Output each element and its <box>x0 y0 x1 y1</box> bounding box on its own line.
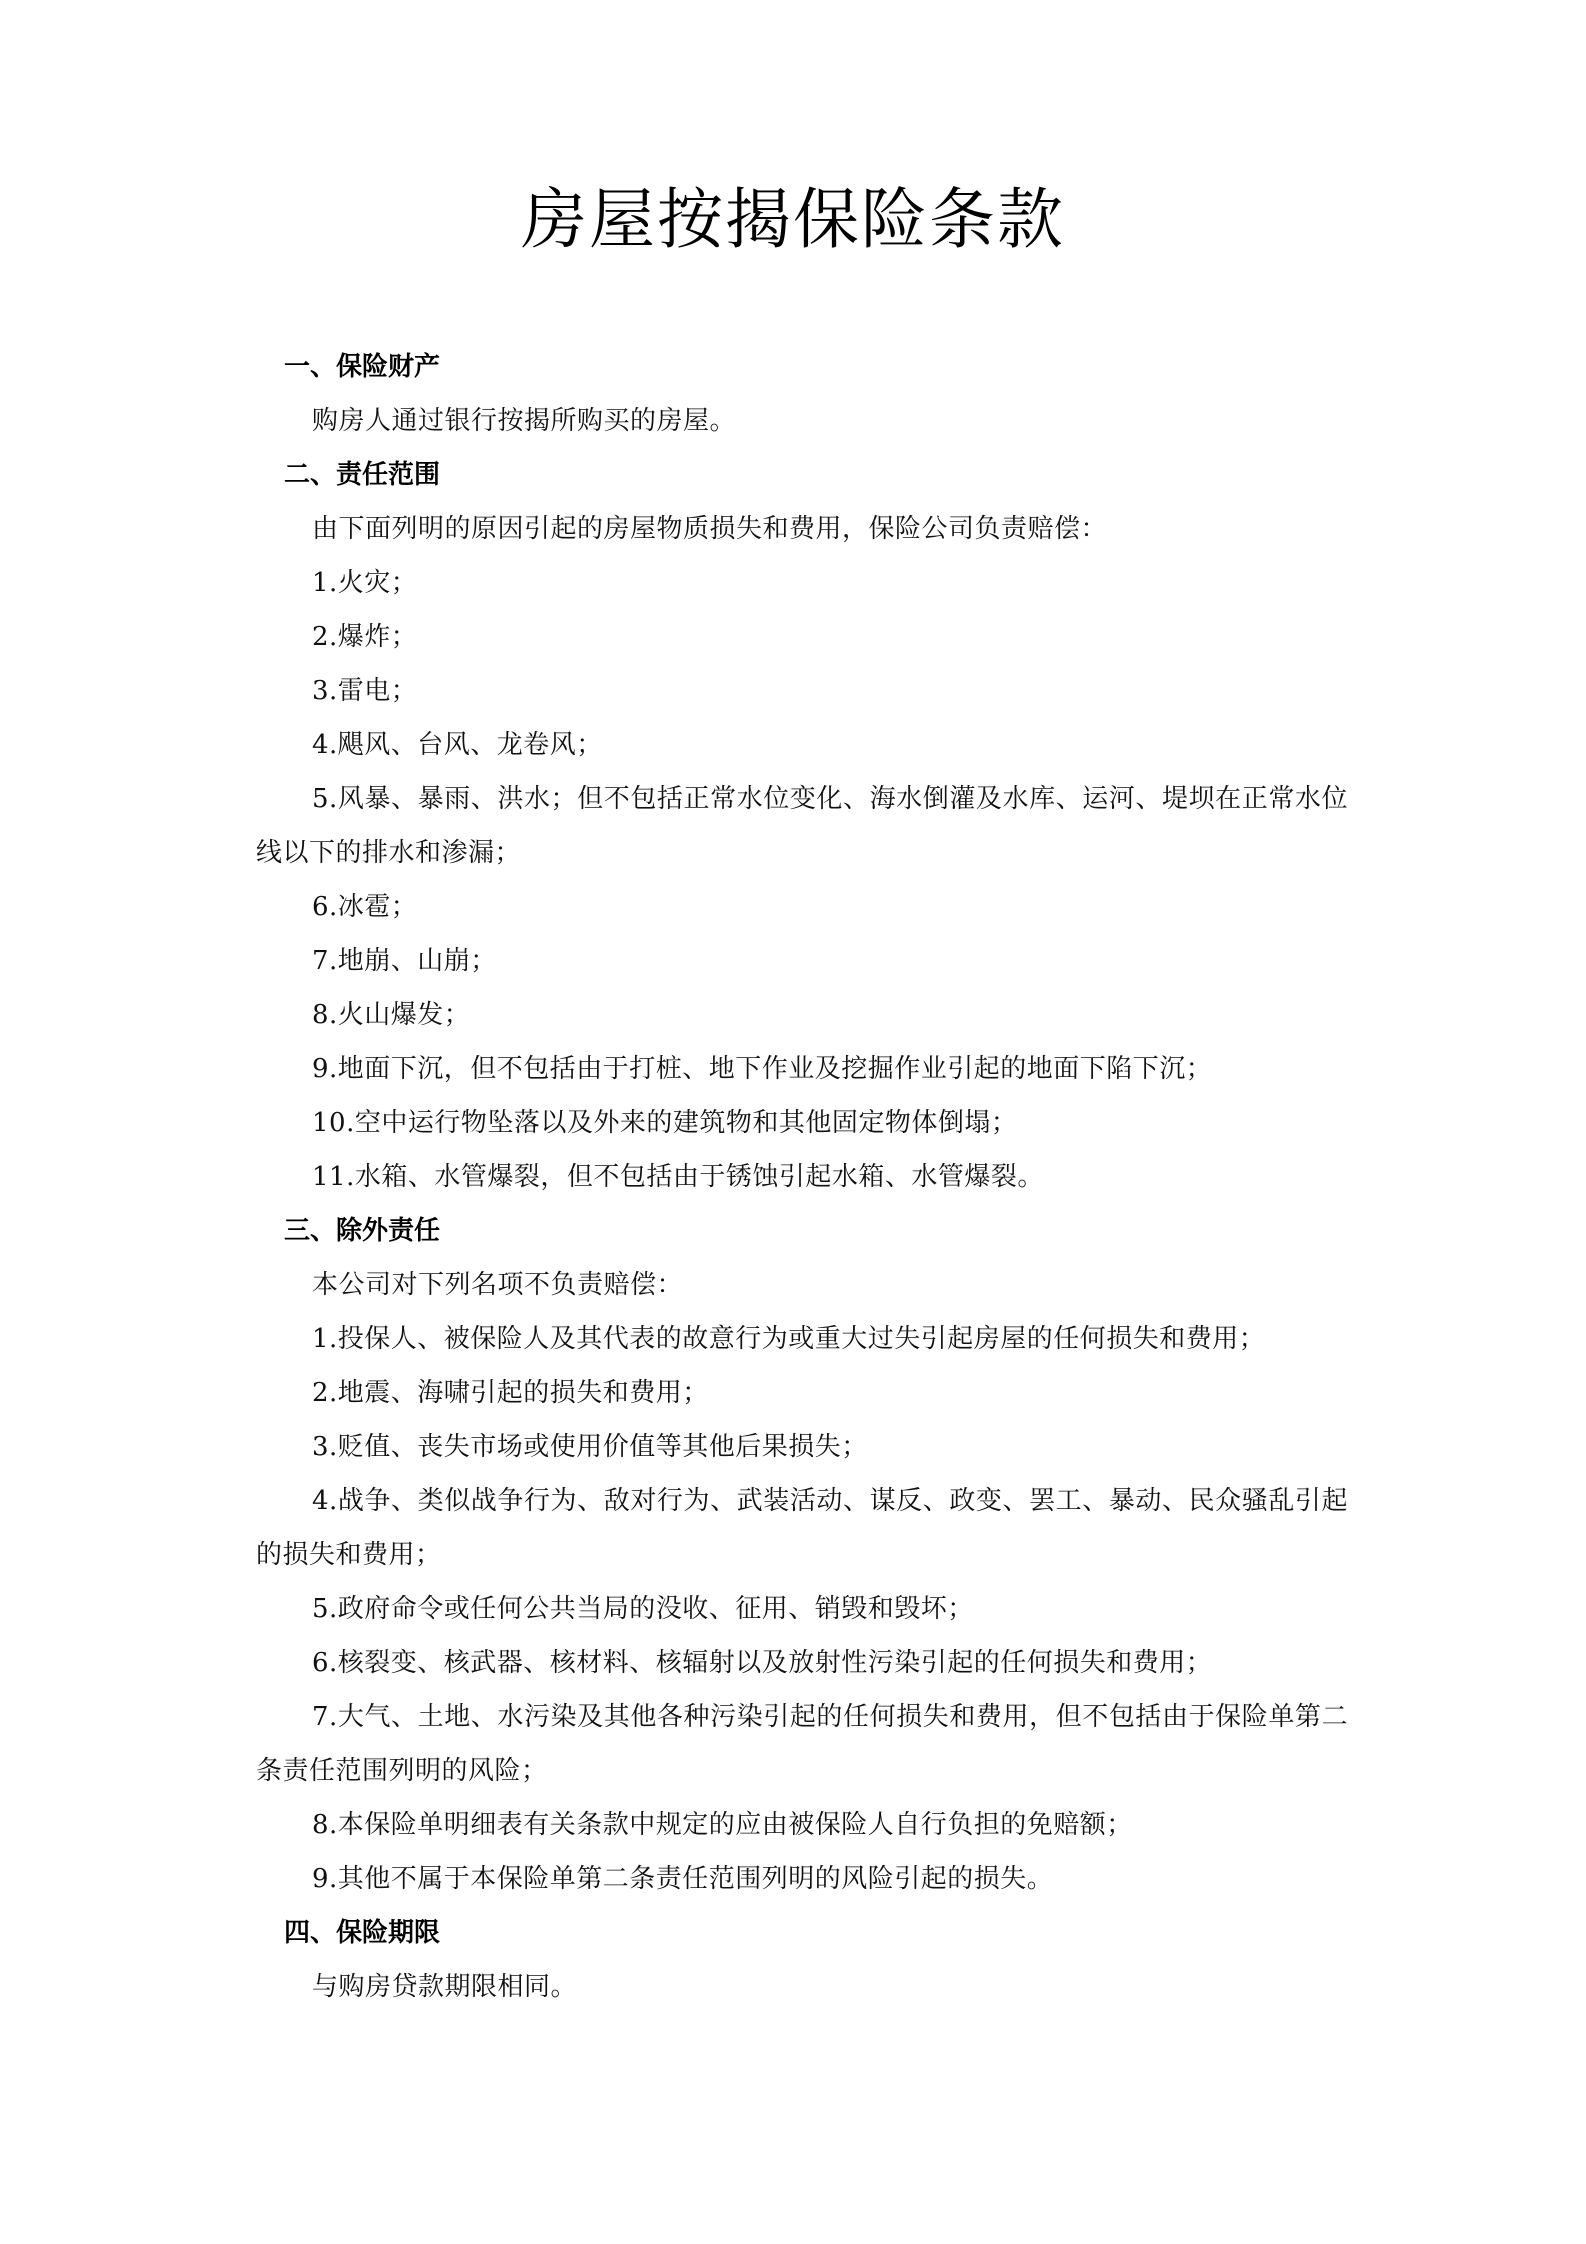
list-item: 8.本保险单明细表有关条款中规定的应由被保险人自行负担的免赔额； <box>256 1798 1348 1852</box>
list-item: 10.空中运行物坠落以及外来的建筑物和其他固定物体倒塌； <box>256 1096 1348 1150</box>
document-title: 房屋按揭保险条款 <box>0 180 1586 260</box>
list-item: 5.风暴、暴雨、洪水；但不包括正常水位变化、海水倒灌及水库、运河、堤坝在正常水位… <box>256 772 1348 880</box>
list-item: 3.雷电； <box>256 664 1348 718</box>
list-item: 4.飓风、台风、龙卷风； <box>256 718 1348 772</box>
list-item: 7.大气、土地、水污染及其他各种污染引起的任何损失和费用，但不包括由于保险单第二… <box>256 1690 1348 1798</box>
list-item: 3.贬值、丧失市场或使用价值等其他后果损失； <box>256 1420 1348 1474</box>
list-item: 7.地崩、山崩； <box>256 934 1348 988</box>
section-heading: 一、保险财产 <box>256 340 1348 394</box>
section-insurance-period: 四、保险期限 与购房贷款期限相同。 <box>256 1906 1348 2014</box>
list-item: 9.地面下沉，但不包括由于打桩、地下作业及挖掘作业引起的地面下陷下沉； <box>256 1042 1348 1096</box>
list-item: 11.水箱、水管爆裂，但不包括由于锈蚀引起水箱、水管爆裂。 <box>256 1150 1348 1204</box>
section-heading: 四、保险期限 <box>256 1906 1348 1960</box>
section-exclusions: 三、除外责任 本公司对下列名项不负责赔偿： 1.投保人、被保险人及其代表的故意行… <box>256 1204 1348 1906</box>
document-page: 房屋按揭保险条款 一、保险财产 购房人通过银行按揭所购买的房屋。 二、责任范围 … <box>0 0 1586 2244</box>
list-item: 1.投保人、被保险人及其代表的故意行为或重大过失引起房屋的任何损失和费用； <box>256 1312 1348 1366</box>
list-item: 2.地震、海啸引起的损失和费用； <box>256 1366 1348 1420</box>
section-insured-property: 一、保险财产 购房人通过银行按揭所购买的房屋。 <box>256 340 1348 448</box>
paragraph: 与购房贷款期限相同。 <box>256 1960 1348 2014</box>
list-item: 9.其他不属于本保险单第二条责任范围列明的风险引起的损失。 <box>256 1852 1348 1906</box>
list-item: 6.冰雹； <box>256 880 1348 934</box>
list-item: 1.火灾； <box>256 556 1348 610</box>
list-item: 2.爆炸； <box>256 610 1348 664</box>
section-coverage-scope: 二、责任范围 由下面列明的原因引起的房屋物质损失和费用，保险公司负责赔偿： 1.… <box>256 448 1348 1204</box>
paragraph: 购房人通过银行按揭所购买的房屋。 <box>256 394 1348 448</box>
list-item: 8.火山爆发； <box>256 988 1348 1042</box>
list-item: 6.核裂变、核武器、核材料、核辐射以及放射性污染引起的任何损失和费用； <box>256 1636 1348 1690</box>
section-heading: 三、除外责任 <box>256 1204 1348 1258</box>
paragraph: 本公司对下列名项不负责赔偿： <box>256 1258 1348 1312</box>
section-heading: 二、责任范围 <box>256 448 1348 502</box>
list-item: 5.政府命令或任何公共当局的没收、征用、销毁和毁坏； <box>256 1582 1348 1636</box>
paragraph: 由下面列明的原因引起的房屋物质损失和费用，保险公司负责赔偿： <box>256 502 1348 556</box>
document-body: 一、保险财产 购房人通过银行按揭所购买的房屋。 二、责任范围 由下面列明的原因引… <box>256 340 1348 2014</box>
list-item: 4.战争、类似战争行为、敌对行为、武装活动、谋反、政变、罢工、暴动、民众骚乱引起… <box>256 1474 1348 1582</box>
